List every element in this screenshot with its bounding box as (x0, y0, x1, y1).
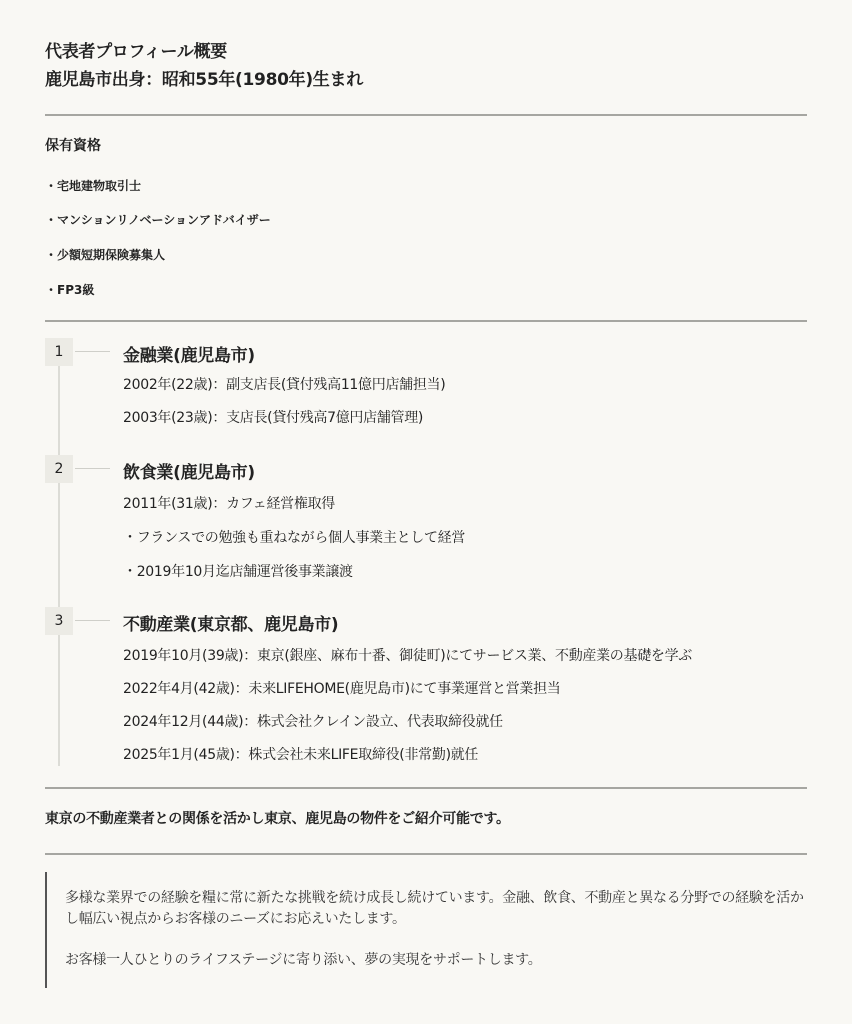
blockquote-paragraph: お客様一人ひとりのライフステージに寄り添い、夢の実現をサポートします。 (65, 950, 805, 971)
qualification-item: ・マンションリノベーションアドバイザー (45, 211, 271, 228)
divider (45, 114, 807, 116)
timeline-entry: 2024年12月(44歳)：株式会社クレイン設立、代表取締役就任 (123, 711, 503, 731)
timeline-entry: 2025年1月(45歳)：株式会社未来LIFE取締役(非常勤)就任 (123, 744, 478, 764)
divider (45, 320, 807, 322)
timeline-entry: ・2019年10月迄店舗運営後事業譲渡 (123, 561, 353, 581)
page-title: 代表者プロフィール概要 (45, 37, 227, 62)
blockquote-paragraph: 多様な業界での経験を糧に常に新たな挑戦を続け成長し続けています。金融、飲食、不動… (65, 888, 805, 930)
timeline-entry: ・フランスでの勉強も重ねながら個人事業主として経営 (123, 527, 465, 547)
timeline-connector (75, 620, 110, 621)
timeline-entry: 2011年(31歳)：カフェ経営権取得 (123, 493, 335, 513)
divider (45, 853, 807, 855)
qualification-item: ・宅地建物取引士 (45, 177, 141, 194)
timeline-heading: 不動産業(東京都、鹿児島市) (123, 610, 338, 635)
divider (45, 787, 807, 789)
qualification-item: ・FP3級 (45, 281, 94, 298)
timeline-entry: 2019年10月(39歳)：東京(銀座、麻布十番、御徒町)にてサービス業、不動産… (123, 645, 692, 665)
timeline-line (58, 352, 60, 766)
timeline-heading: 金融業(鹿児島市) (123, 341, 255, 366)
qualifications-title: 保有資格 (45, 135, 101, 155)
timeline-entry: 2022年4月(42歳)：未来LIFEHOME(鹿児島市)にて事業運営と営業担当 (123, 678, 561, 698)
timeline-number: 2 (45, 455, 73, 483)
qualification-item: ・少額短期保険募集人 (45, 246, 165, 263)
timeline-number: 3 (45, 607, 73, 635)
timeline-connector (75, 351, 110, 352)
timeline-number: 1 (45, 338, 73, 366)
timeline-heading: 飲食業(鹿児島市) (123, 458, 255, 483)
timeline-connector (75, 468, 110, 469)
closing-statement: 東京の不動産業者との関係を活かし東京、鹿児島の物件をご紹介可能です。 (45, 808, 510, 828)
timeline-entry: 2003年(23歳)：支店長(貸付残高7億円店舗管理) (123, 407, 423, 427)
page-subtitle: 鹿児島市出身：昭和55年(1980年)生まれ (45, 65, 363, 90)
blockquote-bar (45, 872, 47, 988)
timeline-entry: 2002年(22歳)：副支店長(貸付残高11億円店舗担当) (123, 374, 445, 394)
